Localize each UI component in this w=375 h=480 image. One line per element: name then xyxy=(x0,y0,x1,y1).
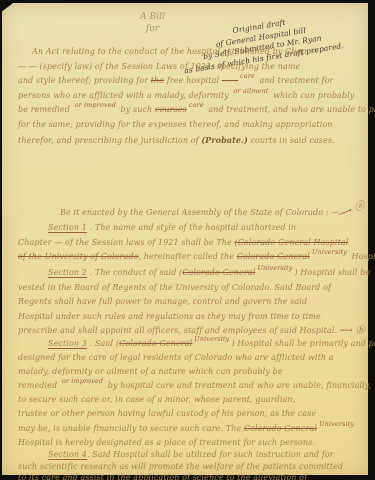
text-segment: trustee or other person having lawful cu… xyxy=(18,409,316,418)
text-segment: to secure such care or, in case of a min… xyxy=(18,395,295,404)
text-segment: persons who are afflicted with a malady,… xyxy=(18,91,232,100)
text-segment: . Said Hospital shall be utilized for su… xyxy=(87,450,334,459)
text-segment: Colorado General xyxy=(237,252,310,261)
text-segment: Chapter — of the Session laws of 1921 sh… xyxy=(18,238,234,247)
text-segment: Section 3 xyxy=(48,339,87,348)
text-segment: for the same; providing for the expenses… xyxy=(18,120,333,129)
text-segment: . The conduct of said ( xyxy=(87,268,182,277)
text-segment: Regents shall have full power to manage,… xyxy=(18,297,307,306)
text-segment: , hereinafter called the xyxy=(139,252,237,261)
text-line: and style thereof; providing for the fre… xyxy=(18,74,372,89)
text-segment: and style thereof; providing for xyxy=(18,76,151,85)
text-line: A Bill xyxy=(140,11,165,23)
text-segment: may be, is unable financially to secure … xyxy=(18,424,244,433)
text-line: designed for the care of legal residents… xyxy=(18,351,374,365)
text-segment: ) Hospital shall be primarily and princi… xyxy=(231,339,375,348)
text-segment: or improved xyxy=(62,379,103,383)
text-segment: —— xyxy=(222,76,238,85)
text-segment: prescribe and shall appoint all officers… xyxy=(18,326,340,335)
text-line: — — (specify law) of the Session Laws of… xyxy=(18,60,372,75)
text-line: Regents shall have full power to manage,… xyxy=(18,295,374,310)
text-line: Hospital under such rules and regulation… xyxy=(18,310,374,325)
text-segment: ⟶ ⓑ xyxy=(340,326,365,336)
text-segment: by hospital care and treatment and who a… xyxy=(105,381,371,390)
text-segment: or improved xyxy=(75,103,116,107)
text-segment: malady, deformity or ailment of a nature… xyxy=(18,367,283,376)
photo-corner-shadow xyxy=(0,0,17,13)
text-line: Section 2 . The conduct of said (Colorad… xyxy=(18,266,374,281)
text-segment: remedied xyxy=(18,381,60,390)
text-segment: care xyxy=(240,74,255,78)
text-line: Be it enacted by the General Assembly of… xyxy=(60,206,339,221)
text-line: to secure such care or, in case of a min… xyxy=(18,393,374,407)
text-segment: courts in said cases. xyxy=(248,136,335,145)
text-segment: such scientific research as will promote… xyxy=(18,462,343,471)
text-segment: Hospital is hereby designated as a place… xyxy=(18,438,315,447)
text-segment: — — (specify law) of the Session Laws of… xyxy=(18,62,300,71)
text-segment: be remedied xyxy=(18,105,73,114)
text-segment: University xyxy=(257,266,292,270)
text-line: vested in the Board of Regents of the Un… xyxy=(18,281,374,296)
text-line: for the same; providing for the expenses… xyxy=(18,118,372,133)
text-segment: Be it enacted by the General Assembly of… xyxy=(60,208,339,217)
text-line: Section 1 . The name and style of the ho… xyxy=(18,221,374,236)
bill-title: A Billfor xyxy=(140,11,165,35)
text-line: remedied or improved by hospital care an… xyxy=(18,379,374,393)
text-line: of the University of Colorado, hereinaft… xyxy=(18,250,374,265)
manuscript-photo: A Billfor Original draftof General Hospi… xyxy=(0,0,375,480)
text-segment: . The name and style of the hospital aut… xyxy=(87,223,296,232)
section-2: Section 2 . The conduct of said (Colorad… xyxy=(18,266,374,339)
text-line: such scientific research as will promote… xyxy=(18,461,374,473)
text-line: Section 3 . Said (Colorado GeneralUniver… xyxy=(18,337,374,351)
text-segment: Hospital. xyxy=(349,252,375,261)
text-segment: which can probably xyxy=(270,91,354,100)
manuscript-paper: A Billfor Original draftof General Hospi… xyxy=(2,3,368,475)
text-line: Hospital is hereby designated as a place… xyxy=(18,436,374,450)
text-segment: Section 1 xyxy=(48,223,87,232)
text-segment: the xyxy=(151,76,164,85)
text-segment: vested in the Board of Regents of the Un… xyxy=(18,283,331,292)
text-segment: ) Hospital shall be xyxy=(295,268,371,277)
text-segment: Colorado General xyxy=(182,268,255,277)
text-line: may be, is unable financially to secure … xyxy=(18,422,374,436)
text-segment: Section 4 xyxy=(48,450,87,459)
text-segment: (Probate.) xyxy=(201,135,247,145)
text-line: An Act relating to the conduct of the ho… xyxy=(18,45,372,60)
text-segment: of the University of Colorado xyxy=(18,252,139,261)
text-line: for xyxy=(140,23,165,35)
section-3: Section 3 . Said (Colorado GeneralUniver… xyxy=(18,337,374,450)
text-segment: . Said ( xyxy=(87,339,119,348)
text-segment: and treatment for xyxy=(257,76,334,85)
text-segment: or ailment xyxy=(234,89,269,93)
text-segment: free hospital xyxy=(164,76,222,85)
text-segment: to its care and assist in the applicatio… xyxy=(18,473,307,480)
text-segment: Hospital under such rules and regulation… xyxy=(18,312,321,321)
text-line: be remedied or improved by such coursesc… xyxy=(18,103,372,118)
text-segment: therefor, and prescribing the jurisdicti… xyxy=(18,136,201,145)
margin-arrow-a-icon: ⟶ ⓐ xyxy=(335,196,366,220)
text-segment: Colorado General xyxy=(244,424,317,433)
text-segment: designed for the care of legal residents… xyxy=(18,353,334,362)
text-segment: courses xyxy=(155,105,187,114)
text-segment: care xyxy=(189,103,204,107)
text-segment: Section 2 xyxy=(48,268,87,277)
section-4: Section 4. Said Hospital shall be utiliz… xyxy=(18,449,374,480)
text-segment: University xyxy=(194,337,229,341)
text-segment: A Bill xyxy=(140,12,165,22)
text-segment: by such xyxy=(118,105,155,114)
text-line: therefor, and prescribing the jurisdicti… xyxy=(18,133,372,148)
text-line: Section 4. Said Hospital shall be utiliz… xyxy=(18,449,374,461)
text-segment: An Act relating to the conduct of the ho… xyxy=(32,47,317,56)
enacting-clause: Be it enacted by the General Assembly of… xyxy=(60,206,339,221)
text-segment: University xyxy=(312,250,347,254)
text-segment: University xyxy=(319,422,354,426)
text-segment: for xyxy=(146,24,159,34)
text-segment: Colorado General xyxy=(119,339,192,348)
title-paragraph: An Act relating to the conduct of the ho… xyxy=(18,45,372,147)
section-1: Section 1 . The name and style of the ho… xyxy=(18,221,374,265)
text-line: to its care and assist in the applicatio… xyxy=(18,472,374,480)
text-segment: (Colorado General Hospital xyxy=(234,238,348,247)
text-segment: and treatment, and who are unable to pay xyxy=(206,105,375,114)
